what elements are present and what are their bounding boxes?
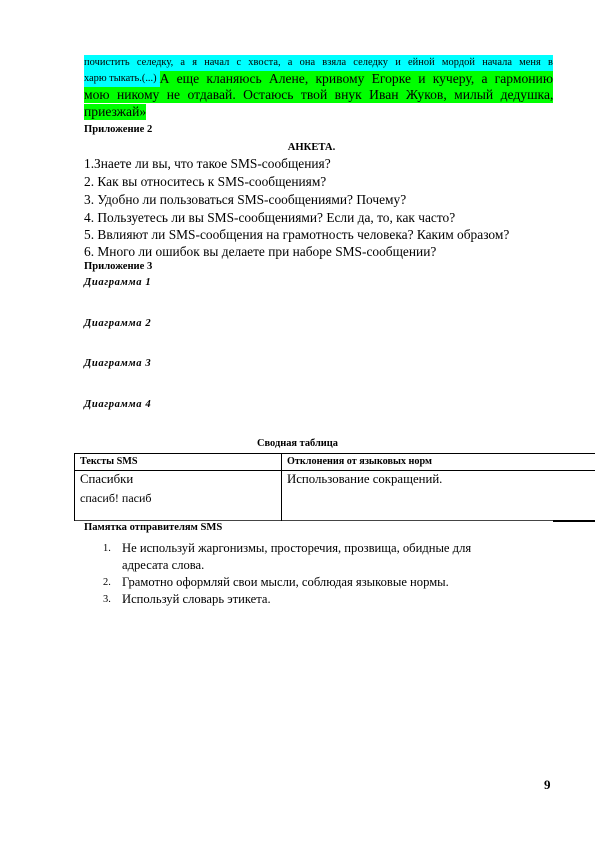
- quote-line: мою никому не отдавай. Остаюсь твой внук…: [84, 87, 553, 104]
- question-item: 5. Ввлияют ли SMS-сообщения на грамотнос…: [84, 227, 509, 243]
- question-item: 2. Как вы относитесь к SMS-сообщениям?: [84, 174, 326, 190]
- memo-item-number: 3.: [103, 594, 111, 605]
- table-border: [74, 453, 75, 521]
- table-header-sms-texts: Тексты SMS: [80, 456, 138, 467]
- summary-table-title: Сводная таблица: [0, 438, 595, 449]
- memo-item-text: Используй словарь этикета.: [122, 592, 271, 607]
- memo-item-number: 1.: [103, 543, 111, 554]
- quote-line: харю тыкать.(...) А еще кланяюсь Алене, …: [84, 71, 553, 88]
- table-border: [74, 453, 595, 454]
- diagram-caption: Диаграмма 2: [84, 318, 151, 329]
- diagram-caption: Диаграмма 3: [84, 358, 151, 369]
- table-border: [74, 520, 553, 521]
- table-border: [553, 520, 595, 522]
- diagram-caption: Диаграмма 4: [84, 399, 151, 410]
- memo-item-text: адресата слова.: [122, 558, 204, 573]
- quote-fragment-cyan: харю тыкать.(...): [84, 71, 160, 88]
- quote-line: почистить селедку, а я начал с хвоста, а…: [84, 55, 553, 71]
- question-item: 3. Удобно ли пользоваться SMS-сообщениям…: [84, 192, 406, 208]
- question-item: 6. Много ли ошибок вы делаете при наборе…: [84, 244, 436, 260]
- table-cell-deviation: Использование сокращений.: [287, 472, 442, 487]
- question-item: 1.Знаете ли вы, что такое SMS-сообщения?: [84, 156, 331, 172]
- table-border: [74, 470, 595, 471]
- memo-item-text: Не используй жаргонизмы, просторечия, пр…: [122, 541, 471, 556]
- quote-fragment-green: А еще кланяюсь Алене, кривому Егорке и к…: [160, 71, 553, 88]
- quote-line: приезжай»: [84, 104, 146, 121]
- memo-item-text: Грамотно оформляй свои мысли, соблюдая я…: [122, 575, 449, 590]
- appendix-2-heading: Приложение 2: [84, 124, 152, 135]
- diagram-caption: Диаграмма 1: [84, 277, 151, 288]
- memo-heading: Памятка отправителям SMS: [84, 522, 222, 533]
- table-cell-sms-text: спасиб! пасиб: [80, 491, 152, 506]
- question-item: 4. Пользуетесь ли вы SMS-сообщениями? Ес…: [84, 210, 455, 226]
- questionnaire-title: АНКЕТА.: [0, 142, 595, 153]
- page-number: 9: [544, 777, 551, 793]
- appendix-3-heading: Приложение 3: [84, 261, 152, 272]
- table-border: [281, 453, 282, 521]
- memo-item-number: 2.: [103, 577, 111, 588]
- table-cell-sms-text: Спасибки: [80, 472, 133, 487]
- table-header-deviations: Отклонения от языковых норм: [287, 456, 432, 467]
